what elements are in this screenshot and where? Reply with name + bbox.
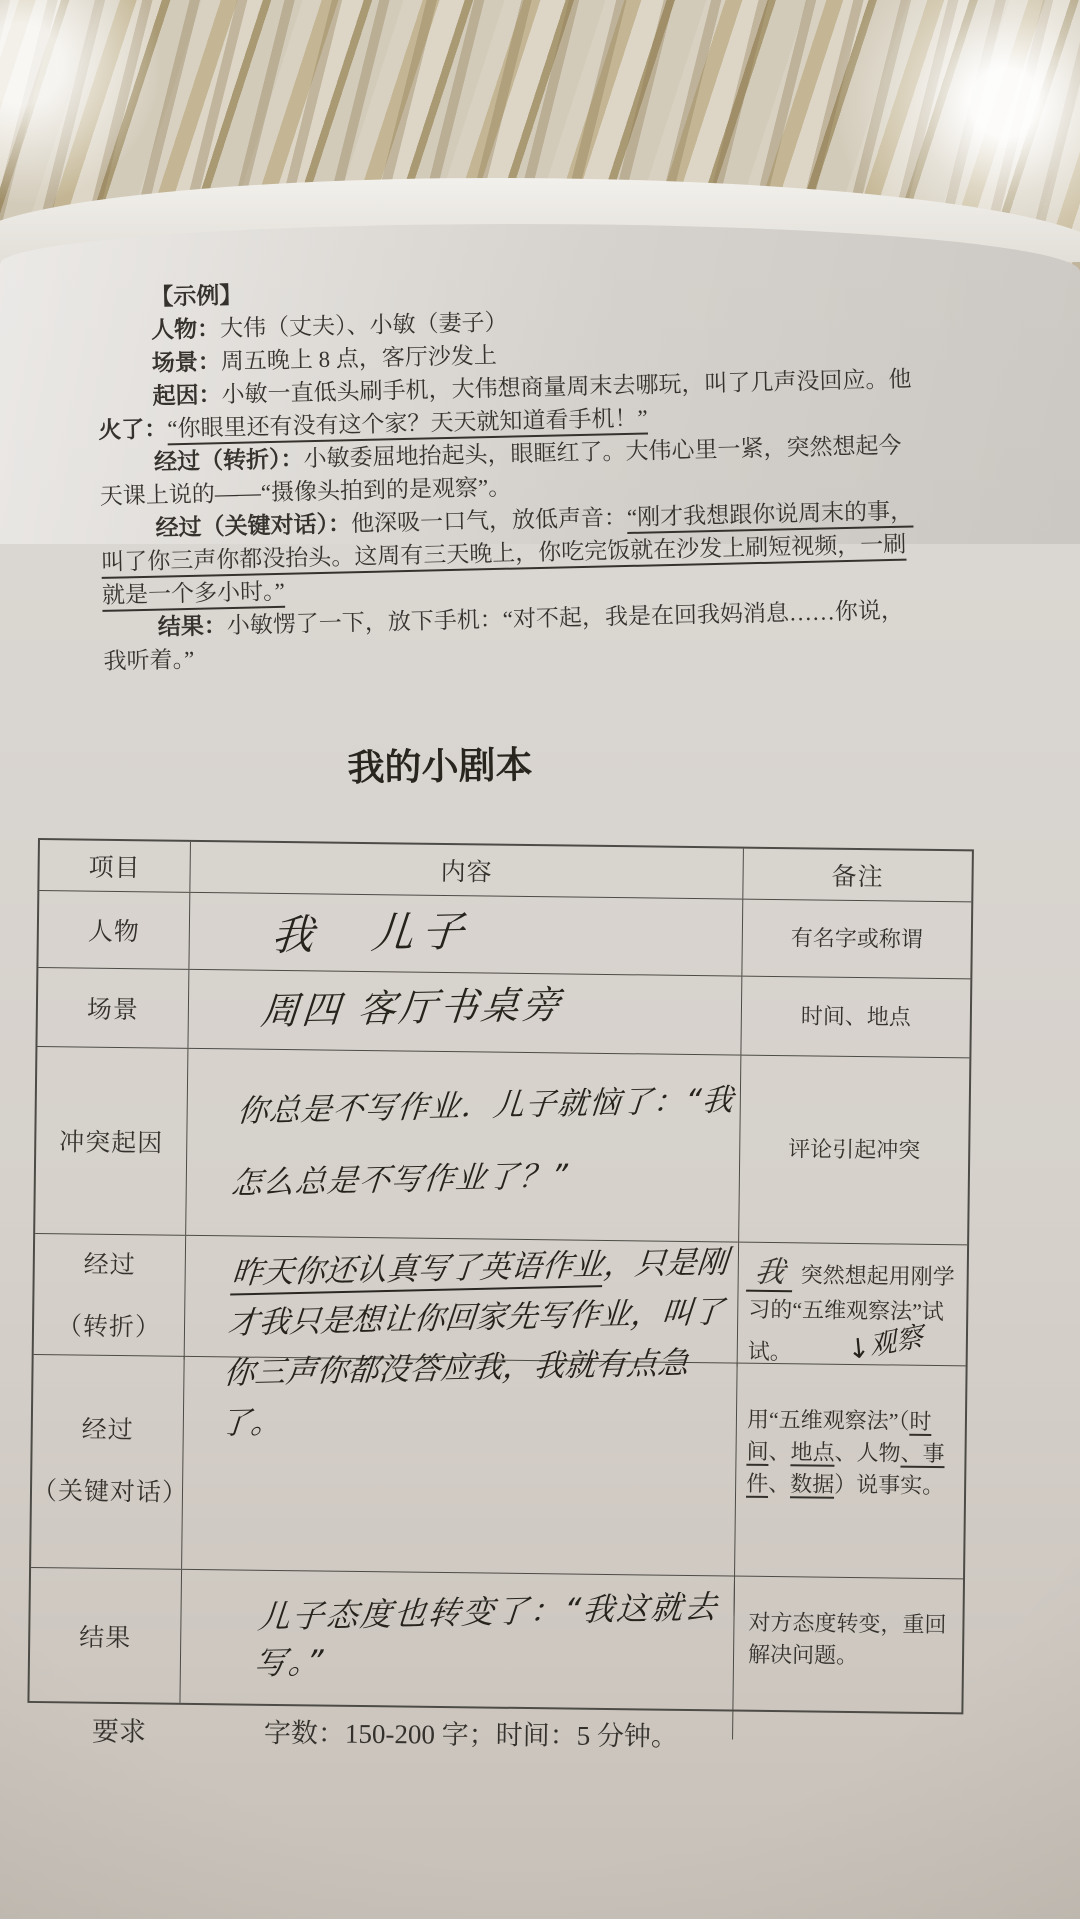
dialog-label: 经过（关键对话）： <box>155 511 351 540</box>
worksheet-photo: 【示例】 人物：大伟（丈夫）、小敏（妻子） 场景：周五晚上 8 点，客厅沙发上 … <box>0 0 1080 1919</box>
remark-dialog-prefix: 用“五维观察法”（ <box>747 1407 910 1434</box>
cell-item-result: 结果 <box>29 1568 181 1703</box>
row-result: 结果 儿子态度也转变了：“我这就去写。” 对方态度转变，重回解决问题。 <box>29 1567 963 1712</box>
handwriting-turn: 昨天你还认真写了英语作业，只是刚才我只是想让你回家先写作业，叫了你三声你都没答应… <box>218 1237 740 1449</box>
cell-item-turn: 经过 （转折） <box>34 1234 186 1360</box>
scene-label: 场景： <box>152 349 222 376</box>
cell-content-scene: 周四 客厅书桌旁 <box>187 970 741 1055</box>
cell-item-characters: 人物 <box>38 891 189 969</box>
cell-content-result: 儿子态度也转变了：“我这就去写。” <box>179 1570 734 1710</box>
dialog-quote: “刚才我想跟你说周末的事， <box>627 499 914 530</box>
characters-text: 大伟（丈夫）、小敏（妻子） <box>220 310 508 342</box>
angry-label: 火了： <box>98 416 168 443</box>
cell-remark-result: 对方态度转变，重回解决问题。 <box>732 1577 963 1743</box>
turn-label: 经过（转折）： <box>154 446 304 474</box>
cell-remark-characters: 有名字或称谓 <box>741 900 971 979</box>
sep-4: 、 <box>768 1471 790 1496</box>
cell-remark-turn: 我突然想起用刚学习的“五维观察法”试试。 ↓观察 <box>737 1243 967 1370</box>
remark-dialog-tail: 说事实。 <box>856 1472 944 1498</box>
handwriting-result: 儿子态度也转变了：“我这就去写。” <box>173 1557 734 1686</box>
handwriting-scene: 周四 客厅书桌旁 <box>184 957 741 1037</box>
cell-remark-conflict-cause: 评论引起冲突 <box>738 1056 969 1245</box>
cell-remark-scene: 时间、地点 <box>740 977 970 1058</box>
requirements-text: 字数：150-200 字；时间：5 分钟。 <box>264 1718 678 1752</box>
handwritten-wo: 我 <box>746 1255 798 1292</box>
word-place: 地点 <box>790 1439 834 1465</box>
handwriting-turn-underlined: 昨天你还认真写了英语作业 <box>230 1247 605 1296</box>
row-scene: 场景 周四 客厅书桌旁 时间、地点 <box>37 967 970 1057</box>
requirements-line: 要求字数：150-200 字；时间：5 分钟。 <box>92 1709 678 1753</box>
handwriting-characters: 我 儿子 <box>184 880 742 965</box>
script-table: 项目 内容 备注 人物 我 儿子 有名字或称谓 场景 周四 客厅书桌旁 时间、地… <box>27 838 973 1714</box>
cell-content-conflict-cause: 你总是不写作业．儿子就恼了：“我怎么总是不写作业了？” <box>185 1049 740 1242</box>
scene-text: 周五晚上 8 点，客厅沙发上 <box>221 343 497 374</box>
characters-label: 人物： <box>151 316 221 343</box>
result-label: 结果： <box>158 613 228 640</box>
sep-2: 、 <box>834 1440 856 1465</box>
sep-1: 、 <box>768 1439 790 1464</box>
cell-content-turn: 昨天你还认真写了英语作业，只是刚才我只是想让你回家先写作业，叫了你三声你都没答应… <box>184 1236 738 1367</box>
requirements-label: 要求 <box>92 1716 146 1746</box>
example-section: 【示例】 人物：大伟（丈夫）、小敏（妻子） 场景：周五晚上 8 点，客厅沙发上 … <box>95 262 989 678</box>
cell-item-scene: 场景 <box>37 968 188 1048</box>
header-item: 项目 <box>39 840 190 892</box>
handwritten-observe-arrow: ↓观察 <box>846 1319 924 1369</box>
cell-item-key-dialog: 经过 （关键对话） <box>31 1355 184 1569</box>
row-conflict-cause: 冲突起因 你总是不写作业．儿子就恼了：“我怎么总是不写作业了？” 评论引起冲突 <box>35 1046 969 1244</box>
remark-turn: 我突然想起用刚学习的“五维观察法”试试。 ↓观察 <box>748 1255 959 1372</box>
dialog-text: 他深吸一口气，放低声音： <box>351 505 627 536</box>
cell-item-conflict-cause: 冲突起因 <box>35 1047 187 1235</box>
word-data: 数据 <box>790 1471 834 1497</box>
handwriting-conflict-cause: 你总是不写作业．儿子就恼了：“我怎么总是不写作业了？” <box>228 1064 740 1220</box>
header-remark: 备注 <box>742 849 972 902</box>
sep-3: 、 <box>900 1441 922 1466</box>
remark-dialog-close: ） <box>834 1472 856 1497</box>
row-turn: 经过 （转折） 昨天你还认真写了英语作业，只是刚才我只是想让你回家先写作业，叫了… <box>34 1233 967 1365</box>
word-person: 人物 <box>856 1440 900 1466</box>
cause-label: 起因： <box>152 382 222 409</box>
